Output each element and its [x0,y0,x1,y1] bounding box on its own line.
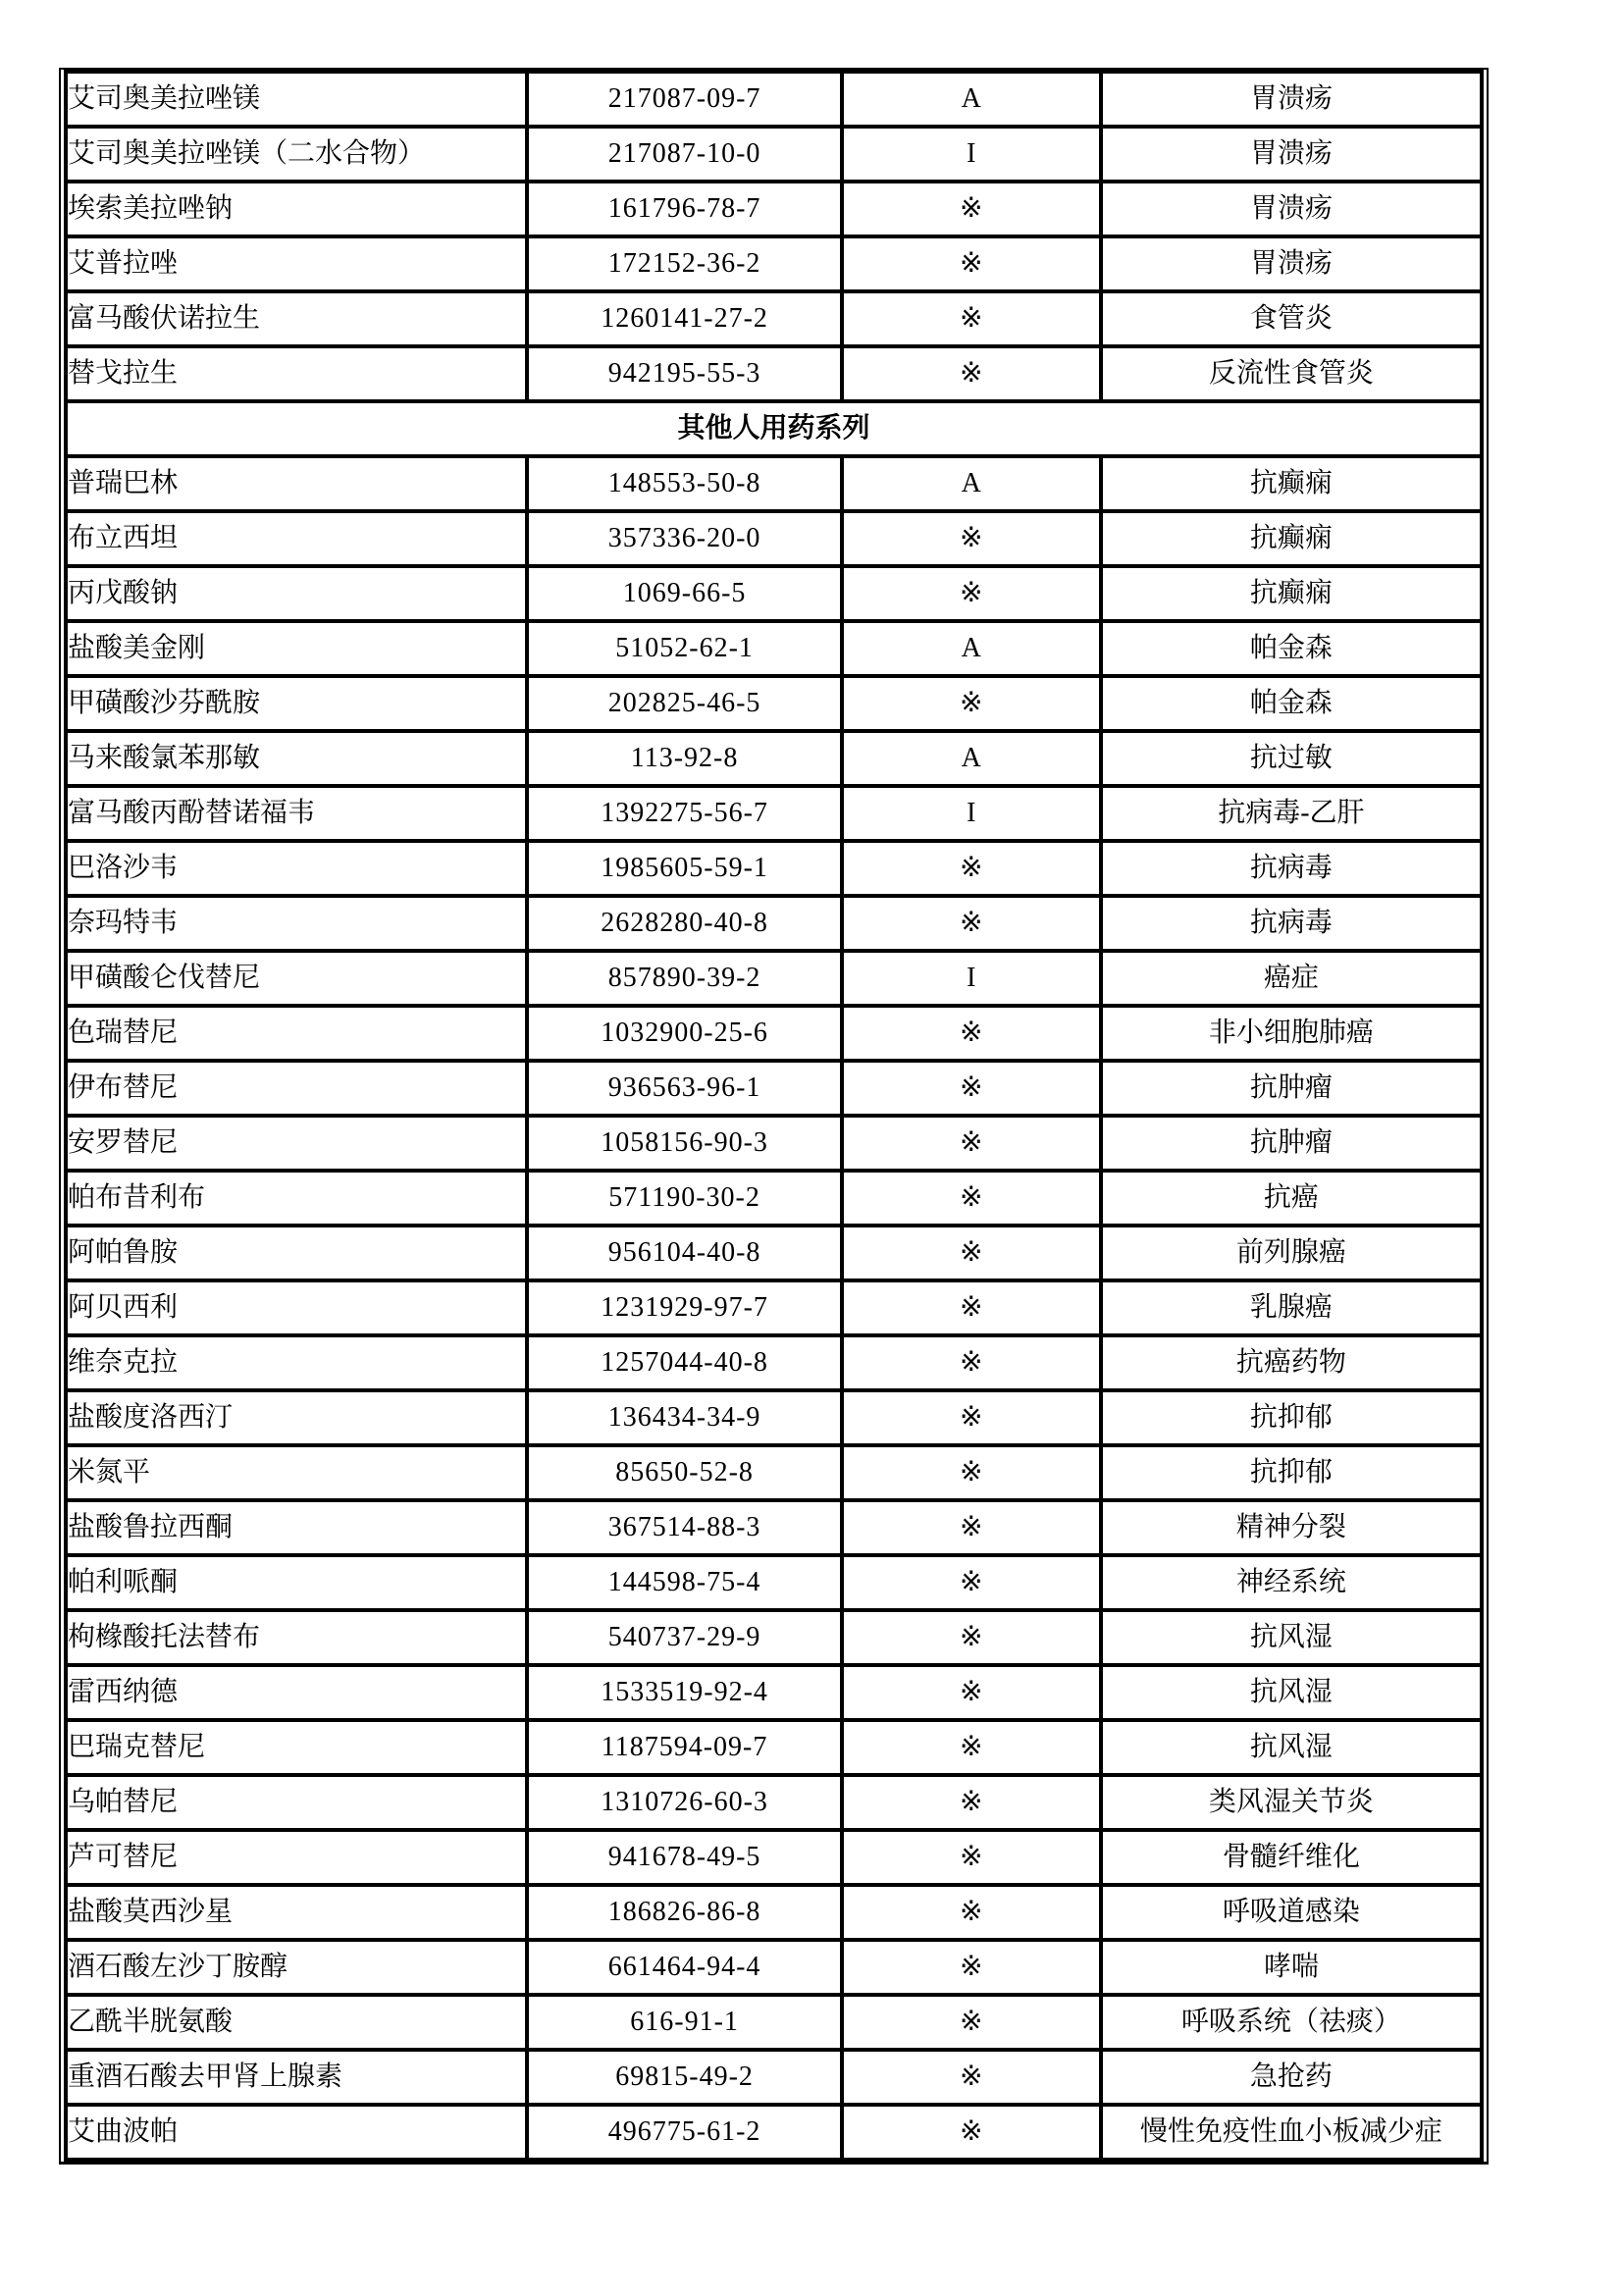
table-row: 帕布昔利布571190-30-2※抗癌 [66,1171,1482,1226]
drug-name-cell: 奈玛特韦 [66,896,527,951]
grade-symbol-cell: ※ [842,676,1101,731]
drug-name-cell: 丙戊酸钠 [66,566,527,621]
indication-cell: 抗风湿 [1101,1665,1482,1720]
drug-name-cell: 乌帕替尼 [66,1775,527,1830]
drug-name-cell: 艾普拉唑 [66,236,527,291]
grade-symbol-cell: ※ [842,346,1101,401]
indication-cell: 抗肿瘤 [1101,1061,1482,1116]
cas-number-cell: 1533519-92-4 [527,1665,841,1720]
table-row: 乙酰半胱氨酸616-91-1※呼吸系统（祛痰） [66,1995,1482,2050]
grade-symbol-cell: ※ [842,1555,1101,1610]
grade-symbol-cell: ※ [842,182,1101,236]
indication-cell: 呼吸道感染 [1101,1885,1482,1940]
table-row: 艾司奥美拉唑镁217087-09-7A胃溃疡 [66,72,1482,127]
table-row: 富马酸丙酚替诺福韦1392275-56-7I抗病毒-乙肝 [66,786,1482,841]
table-row: 巴洛沙韦1985605-59-1※抗病毒 [66,841,1482,896]
cas-number-cell: 136434-34-9 [527,1390,841,1445]
table-row: 奈玛特韦2628280-40-8※抗病毒 [66,896,1482,951]
drug-name-cell: 安罗替尼 [66,1116,527,1171]
table-row: 艾司奥美拉唑镁（二水合物）217087-10-0I胃溃疡 [66,127,1482,182]
grade-symbol-cell: ※ [842,1116,1101,1171]
table-row: 埃索美拉唑钠161796-78-7※胃溃疡 [66,182,1482,236]
cas-number-cell: 148553-50-8 [527,456,841,511]
grade-symbol-cell: ※ [842,1445,1101,1500]
grade-symbol-cell: ※ [842,566,1101,621]
table-row: 富马酸伏诺拉生1260141-27-2※食管炎 [66,291,1482,346]
cas-number-cell: 571190-30-2 [527,1171,841,1226]
grade-symbol-cell: I [842,127,1101,182]
cas-number-cell: 2628280-40-8 [527,896,841,951]
drug-name-cell: 帕布昔利布 [66,1171,527,1226]
grade-symbol-cell: ※ [842,1335,1101,1390]
section-header-label: 其他人用药系列 [66,401,1482,456]
table-row: 普瑞巴林148553-50-8A抗癫痫 [66,456,1482,511]
grade-symbol-cell: ※ [842,1390,1101,1445]
grade-symbol-cell: ※ [842,1775,1101,1830]
table-row: 帕利哌酮144598-75-4※神经系统 [66,1555,1482,1610]
grade-symbol-cell: ※ [842,1995,1101,2050]
document-page: 艾司奥美拉唑镁217087-09-7A胃溃疡艾司奥美拉唑镁（二水合物）21708… [0,0,1622,2296]
cas-number-cell: 1231929-97-7 [527,1280,841,1335]
cas-number-cell: 857890-39-2 [527,951,841,1006]
cas-number-cell: 1260141-27-2 [527,291,841,346]
indication-cell: 帕金森 [1101,621,1482,676]
cas-number-cell: 202825-46-5 [527,676,841,731]
drug-name-cell: 艾司奥美拉唑镁（二水合物） [66,127,527,182]
table-row: 色瑞替尼1032900-25-6※非小细胞肺癌 [66,1006,1482,1061]
grade-symbol-cell: ※ [842,1226,1101,1280]
table-row: 盐酸美金刚51052-62-1A帕金森 [66,621,1482,676]
grade-symbol-cell: ※ [842,1171,1101,1226]
cas-number-cell: 1187594-09-7 [527,1720,841,1775]
indication-cell: 胃溃疡 [1101,182,1482,236]
table-row: 艾曲波帕496775-61-2※慢性免疫性血小板减少症 [66,2105,1482,2160]
table-row: 阿帕鲁胺956104-40-8※前列腺癌 [66,1226,1482,1280]
table-row: 巴瑞克替尼1187594-09-7※抗风湿 [66,1720,1482,1775]
drug-name-cell: 阿贝西利 [66,1280,527,1335]
cas-number-cell: 1058156-90-3 [527,1116,841,1171]
indication-cell: 抗癫痫 [1101,456,1482,511]
cas-number-cell: 186826-86-8 [527,1885,841,1940]
cas-number-cell: 1257044-40-8 [527,1335,841,1390]
cas-number-cell: 616-91-1 [527,1995,841,2050]
indication-cell: 抗病毒-乙肝 [1101,786,1482,841]
indication-cell: 胃溃疡 [1101,72,1482,127]
indication-cell: 帕金森 [1101,676,1482,731]
grade-symbol-cell: ※ [842,1500,1101,1555]
table-row: 安罗替尼1058156-90-3※抗肿瘤 [66,1116,1482,1171]
cas-number-cell: 661464-94-4 [527,1940,841,1995]
table-row: 盐酸鲁拉西酮367514-88-3※精神分裂 [66,1500,1482,1555]
grade-symbol-cell: A [842,456,1101,511]
indication-cell: 抗癫痫 [1101,566,1482,621]
cas-number-cell: 936563-96-1 [527,1061,841,1116]
cas-number-cell: 144598-75-4 [527,1555,841,1610]
drug-name-cell: 帕利哌酮 [66,1555,527,1610]
grade-symbol-cell: I [842,786,1101,841]
table-row: 维奈克拉1257044-40-8※抗癌药物 [66,1335,1482,1390]
cas-number-cell: 956104-40-8 [527,1226,841,1280]
drug-name-cell: 巴洛沙韦 [66,841,527,896]
drug-name-cell: 伊布替尼 [66,1061,527,1116]
drug-name-cell: 盐酸莫西沙星 [66,1885,527,1940]
table-row: 米氮平85650-52-8※抗抑郁 [66,1445,1482,1500]
drug-name-cell: 富马酸丙酚替诺福韦 [66,786,527,841]
indication-cell: 抗癌药物 [1101,1335,1482,1390]
drug-name-cell: 维奈克拉 [66,1335,527,1390]
drug-name-cell: 布立西坦 [66,511,527,566]
drug-table: 艾司奥美拉唑镁217087-09-7A胃溃疡艾司奥美拉唑镁（二水合物）21708… [64,70,1484,2162]
cas-number-cell: 172152-36-2 [527,236,841,291]
indication-cell: 类风湿关节炎 [1101,1775,1482,1830]
indication-cell: 抗风湿 [1101,1720,1482,1775]
cas-number-cell: 1985605-59-1 [527,841,841,896]
indication-cell: 抗癌 [1101,1171,1482,1226]
drug-name-cell: 雷西纳德 [66,1665,527,1720]
drug-name-cell: 酒石酸左沙丁胺醇 [66,1940,527,1995]
indication-cell: 癌症 [1101,951,1482,1006]
grade-symbol-cell: ※ [842,1006,1101,1061]
drug-name-cell: 埃索美拉唑钠 [66,182,527,236]
drug-name-cell: 米氮平 [66,1445,527,1500]
cas-number-cell: 1032900-25-6 [527,1006,841,1061]
drug-name-cell: 艾司奥美拉唑镁 [66,72,527,127]
drug-name-cell: 普瑞巴林 [66,456,527,511]
indication-cell: 抗癫痫 [1101,511,1482,566]
indication-cell: 抗抑郁 [1101,1445,1482,1500]
grade-symbol-cell: A [842,621,1101,676]
indication-cell: 抗肿瘤 [1101,1116,1482,1171]
drug-name-cell: 盐酸度洛西汀 [66,1390,527,1445]
grade-symbol-cell: I [842,951,1101,1006]
cas-number-cell: 69815-49-2 [527,2050,841,2105]
grade-symbol-cell: ※ [842,236,1101,291]
grade-symbol-cell: ※ [842,291,1101,346]
cas-number-cell: 941678-49-5 [527,1830,841,1885]
grade-symbol-cell: ※ [842,1280,1101,1335]
grade-symbol-cell: ※ [842,1720,1101,1775]
indication-cell: 骨髓纤维化 [1101,1830,1482,1885]
indication-cell: 非小细胞肺癌 [1101,1006,1482,1061]
drug-table-body: 艾司奥美拉唑镁217087-09-7A胃溃疡艾司奥美拉唑镁（二水合物）21708… [66,72,1482,2160]
indication-cell: 精神分裂 [1101,1500,1482,1555]
table-row: 枸橼酸托法替布540737-29-9※抗风湿 [66,1610,1482,1665]
drug-name-cell: 阿帕鲁胺 [66,1226,527,1280]
grade-symbol-cell: ※ [842,1610,1101,1665]
cas-number-cell: 217087-10-0 [527,127,841,182]
drug-name-cell: 甲磺酸仑伐替尼 [66,951,527,1006]
drug-name-cell: 替戈拉生 [66,346,527,401]
table-row: 布立西坦357336-20-0※抗癫痫 [66,511,1482,566]
grade-symbol-cell: ※ [842,1885,1101,1940]
table-row: 替戈拉生942195-55-3※反流性食管炎 [66,346,1482,401]
indication-cell: 胃溃疡 [1101,127,1482,182]
indication-cell: 抗病毒 [1101,841,1482,896]
cas-number-cell: 1310726-60-3 [527,1775,841,1830]
grade-symbol-cell: ※ [842,2105,1101,2160]
indication-cell: 抗病毒 [1101,896,1482,951]
indication-cell: 神经系统 [1101,1555,1482,1610]
table-row: 酒石酸左沙丁胺醇661464-94-4※哮喘 [66,1940,1482,1995]
table-row: 丙戊酸钠1069-66-5※抗癫痫 [66,566,1482,621]
table-row: 芦可替尼941678-49-5※骨髓纤维化 [66,1830,1482,1885]
indication-cell: 抗风湿 [1101,1610,1482,1665]
drug-name-cell: 重酒石酸去甲肾上腺素 [66,2050,527,2105]
indication-cell: 呼吸系统（祛痰） [1101,1995,1482,2050]
drug-name-cell: 乙酰半胱氨酸 [66,1995,527,2050]
drug-name-cell: 芦可替尼 [66,1830,527,1885]
table-row: 伊布替尼936563-96-1※抗肿瘤 [66,1061,1482,1116]
table-row: 盐酸莫西沙星186826-86-8※呼吸道感染 [66,1885,1482,1940]
indication-cell: 抗过敏 [1101,731,1482,786]
cas-number-cell: 51052-62-1 [527,621,841,676]
indication-cell: 食管炎 [1101,291,1482,346]
drug-name-cell: 甲磺酸沙芬酰胺 [66,676,527,731]
drug-name-cell: 马来酸氯苯那敏 [66,731,527,786]
drug-name-cell: 富马酸伏诺拉生 [66,291,527,346]
indication-cell: 抗抑郁 [1101,1390,1482,1445]
cas-number-cell: 367514-88-3 [527,1500,841,1555]
drug-name-cell: 盐酸美金刚 [66,621,527,676]
cas-number-cell: 496775-61-2 [527,2105,841,2160]
cas-number-cell: 217087-09-7 [527,72,841,127]
drug-name-cell: 枸橼酸托法替布 [66,1610,527,1665]
indication-cell: 胃溃疡 [1101,236,1482,291]
indication-cell: 乳腺癌 [1101,1280,1482,1335]
indication-cell: 前列腺癌 [1101,1226,1482,1280]
cas-number-cell: 113-92-8 [527,731,841,786]
table-row: 马来酸氯苯那敏113-92-8A抗过敏 [66,731,1482,786]
grade-symbol-cell: ※ [842,2050,1101,2105]
grade-symbol-cell: ※ [842,1830,1101,1885]
table-row: 甲磺酸沙芬酰胺202825-46-5※帕金森 [66,676,1482,731]
grade-symbol-cell: ※ [842,1061,1101,1116]
grade-symbol-cell: ※ [842,896,1101,951]
grade-symbol-cell: A [842,72,1101,127]
cas-number-cell: 85650-52-8 [527,1445,841,1500]
cas-number-cell: 161796-78-7 [527,182,841,236]
indication-cell: 反流性食管炎 [1101,346,1482,401]
indication-cell: 急抢药 [1101,2050,1482,2105]
drug-name-cell: 色瑞替尼 [66,1006,527,1061]
cas-number-cell: 942195-55-3 [527,346,841,401]
grade-symbol-cell: ※ [842,511,1101,566]
table-row: 盐酸度洛西汀136434-34-9※抗抑郁 [66,1390,1482,1445]
table-row: 甲磺酸仑伐替尼857890-39-2I癌症 [66,951,1482,1006]
table-row: 艾普拉唑172152-36-2※胃溃疡 [66,236,1482,291]
drug-table-container: 艾司奥美拉唑镁217087-09-7A胃溃疡艾司奥美拉唑镁（二水合物）21708… [59,68,1489,2165]
cas-number-cell: 540737-29-9 [527,1610,841,1665]
table-row: 乌帕替尼1310726-60-3※类风湿关节炎 [66,1775,1482,1830]
grade-symbol-cell: A [842,731,1101,786]
drug-name-cell: 盐酸鲁拉西酮 [66,1500,527,1555]
grade-symbol-cell: ※ [842,1940,1101,1995]
drug-name-cell: 巴瑞克替尼 [66,1720,527,1775]
table-row: 阿贝西利1231929-97-7※乳腺癌 [66,1280,1482,1335]
cas-number-cell: 1392275-56-7 [527,786,841,841]
cas-number-cell: 1069-66-5 [527,566,841,621]
drug-name-cell: 艾曲波帕 [66,2105,527,2160]
cas-number-cell: 357336-20-0 [527,511,841,566]
grade-symbol-cell: ※ [842,841,1101,896]
grade-symbol-cell: ※ [842,1665,1101,1720]
indication-cell: 慢性免疫性血小板减少症 [1101,2105,1482,2160]
section-header-row: 其他人用药系列 [66,401,1482,456]
table-row: 重酒石酸去甲肾上腺素69815-49-2※急抢药 [66,2050,1482,2105]
table-row: 雷西纳德1533519-92-4※抗风湿 [66,1665,1482,1720]
indication-cell: 哮喘 [1101,1940,1482,1995]
